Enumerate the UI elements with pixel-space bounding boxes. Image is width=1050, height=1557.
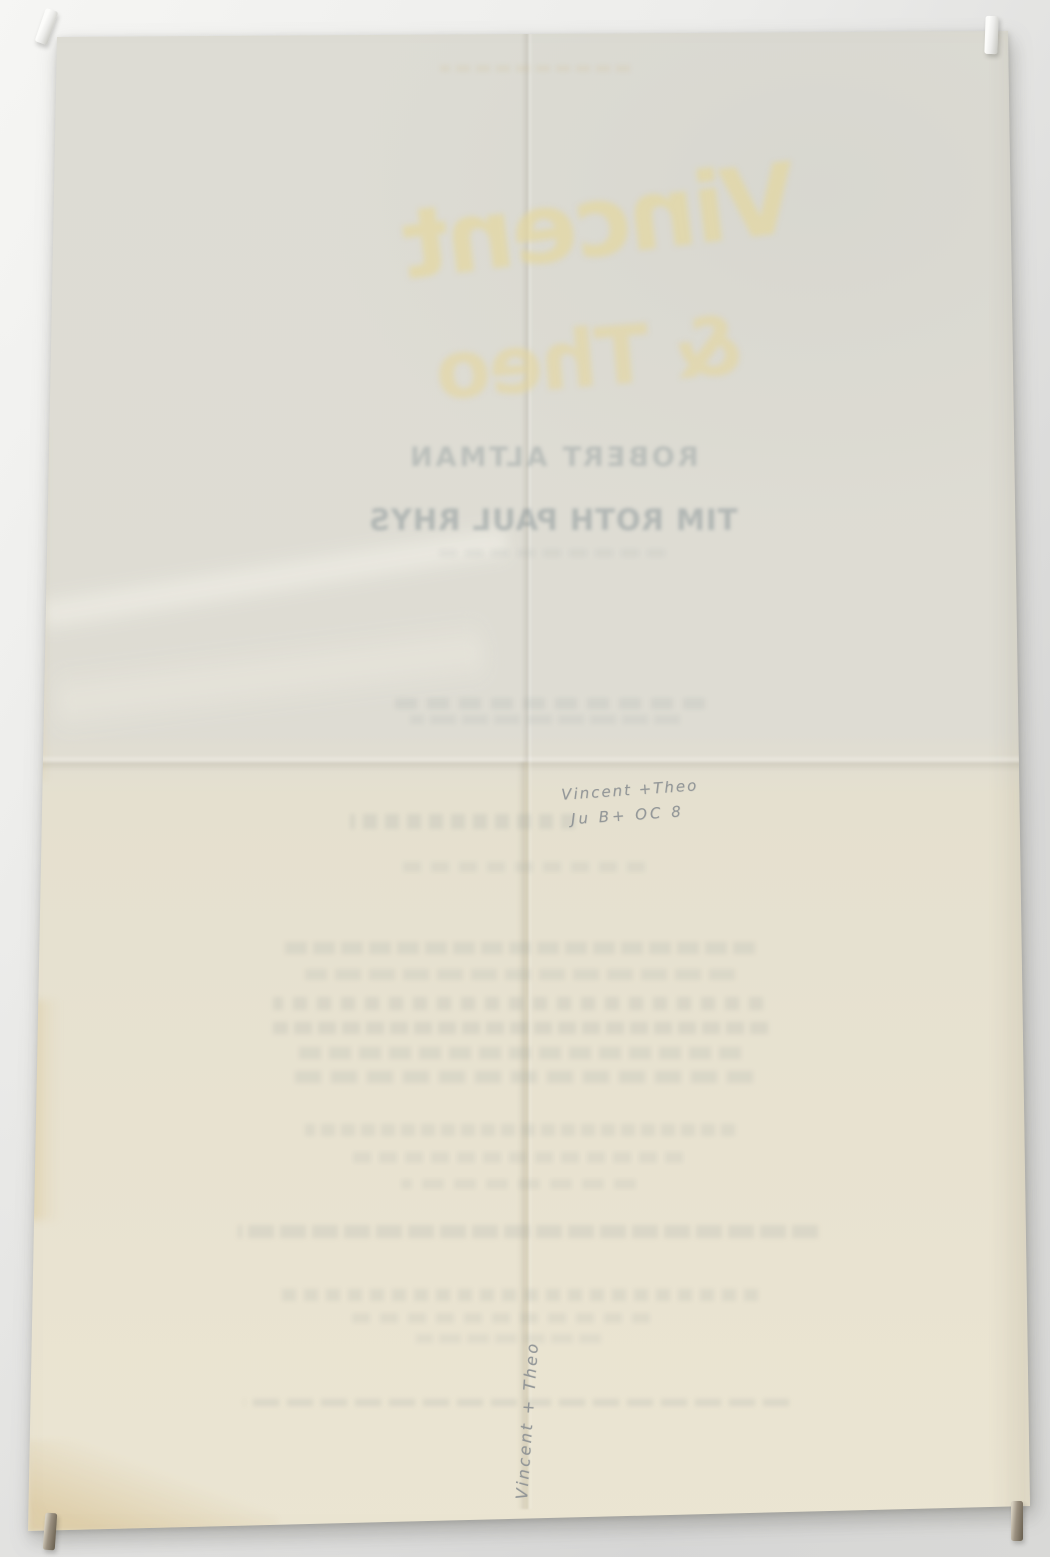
- paper-edge-vignette: [0, 0, 1050, 1557]
- pin-bottom-right-icon: [1011, 1501, 1023, 1541]
- pin-top-right-icon: [984, 16, 998, 54]
- photo-scene: Vincent & Theo ROBERT ALTMAN TIM ROTH PA…: [0, 0, 1050, 1557]
- pin-bottom-left-icon: [43, 1513, 58, 1551]
